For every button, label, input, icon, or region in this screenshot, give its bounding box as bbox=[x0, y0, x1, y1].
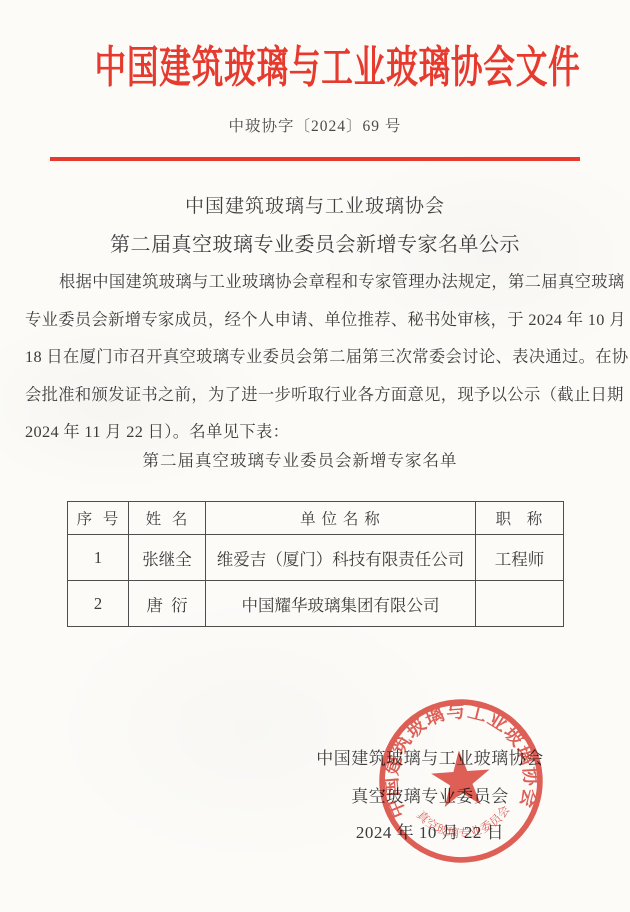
document-page: 中国建筑玻璃与工业玻璃协会文件 中玻协字〔2024〕69 号 中国建筑玻璃与工业… bbox=[0, 0, 630, 912]
table-cell: 维爱吉（厦门）科技有限责任公司 bbox=[206, 535, 476, 581]
letterhead-title-text: 中国建筑玻璃与工业玻璃协会文件 bbox=[94, 42, 580, 94]
seal-bottom-text: 真空玻璃专业委员会 bbox=[413, 802, 514, 844]
experts-table-body: 1张继全维爱吉（厦门）科技有限责任公司工程师2唐 衍中国耀华玻璃集团有限公司 bbox=[68, 535, 564, 627]
table-header-cell: 姓 名 bbox=[129, 502, 206, 535]
table-cell: 中国耀华玻璃集团有限公司 bbox=[206, 581, 476, 627]
body-line: 专业委员会新增专家成员，经个人申请、单位推荐、秘书处审核，于 2024 年 10… bbox=[25, 301, 607, 339]
body-line: 会批准和颁发证书之前，为了进一步听取行业各方面意见，现予以公示（截止日期 bbox=[25, 376, 607, 414]
table-cell bbox=[476, 581, 564, 627]
body-line: 2024 年 11 月 22 日）。名单见下表： bbox=[25, 413, 607, 451]
red-divider bbox=[50, 157, 580, 161]
body-line: 18 日在厦门市召开真空玻璃专业委员会第二届第三次常委会讨论、表决通过。在协 bbox=[25, 338, 607, 376]
table-row: 1张继全维爱吉（厦门）科技有限责任公司工程师 bbox=[68, 535, 564, 581]
doc-title-line1: 中国建筑玻璃与工业玻璃协会 bbox=[0, 191, 630, 218]
experts-table-header-row: 序 号姓 名单 位 名 称职 称 bbox=[68, 502, 564, 535]
table-cell: 1 bbox=[68, 535, 129, 581]
body-paragraph: 根据中国建筑玻璃与工业玻璃协会章程和专家管理办法规定，第二届真空玻璃专业委员会新… bbox=[25, 263, 607, 451]
table-cell: 工程师 bbox=[476, 535, 564, 581]
table-header-cell: 序 号 bbox=[68, 502, 129, 535]
body-line: 根据中国建筑玻璃与工业玻璃协会章程和专家管理办法规定，第二届真空玻璃 bbox=[25, 263, 607, 301]
table-cell: 唐 衍 bbox=[129, 581, 206, 627]
doc-number: 中玻协字〔2024〕69 号 bbox=[0, 114, 630, 136]
experts-table: 序 号姓 名单 位 名 称职 称 1张继全维爱吉（厦门）科技有限责任公司工程师2… bbox=[67, 501, 564, 627]
seal-star-icon bbox=[430, 748, 492, 808]
doc-title-line2: 第二届真空玻璃专业委员会新增专家名单公示 bbox=[0, 228, 630, 257]
table-row: 2唐 衍中国耀华玻璃集团有限公司 bbox=[68, 581, 564, 627]
table-caption: 第二届真空玻璃专业委员会新增专家名单 bbox=[90, 447, 510, 471]
table-header-cell: 单 位 名 称 bbox=[206, 502, 476, 535]
table-cell: 2 bbox=[68, 581, 129, 627]
table-header-cell: 职 称 bbox=[476, 502, 564, 535]
official-seal-stamp: 中国建筑玻璃与工业玻璃协会 真空玻璃专业委员会 bbox=[372, 692, 549, 869]
table-cell: 张继全 bbox=[129, 535, 206, 581]
letterhead-title: 中国建筑玻璃与工业玻璃协会文件 bbox=[0, 42, 630, 94]
